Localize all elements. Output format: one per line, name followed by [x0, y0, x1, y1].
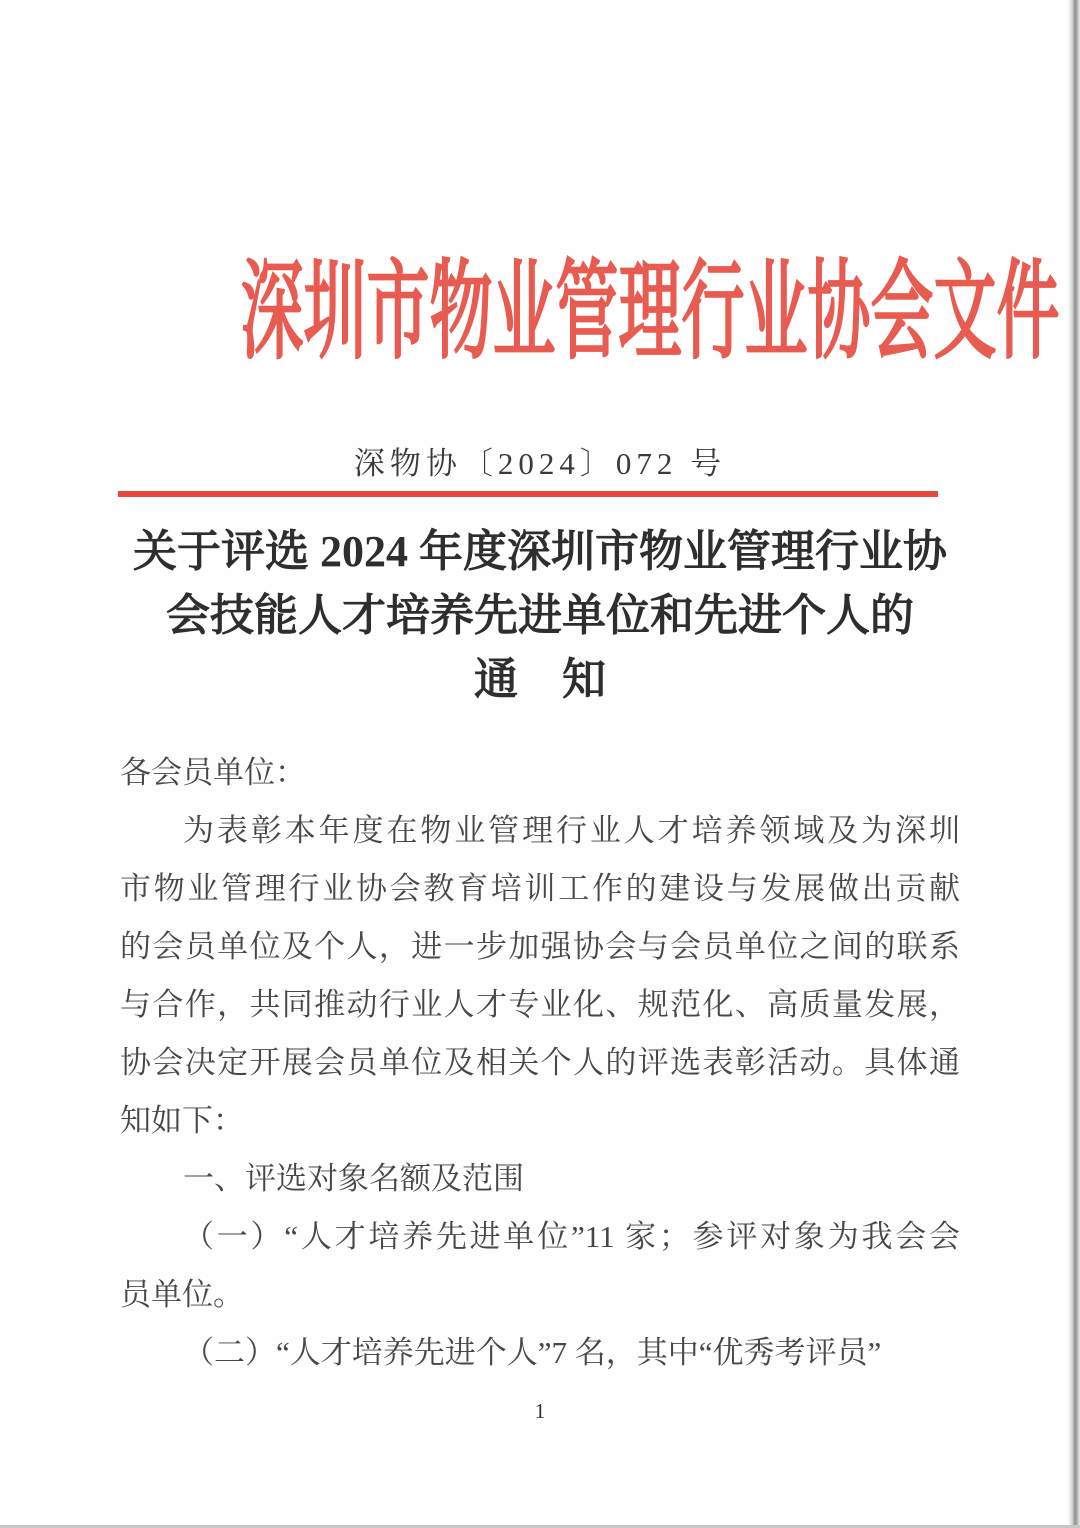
body-line-salutation: 各会员单位：: [120, 744, 960, 802]
document-title-line-2: 会技能人才培养先进单位和先进个人的: [70, 584, 1010, 648]
body-line: 与合作，共同推动行业人才专业化、规范化、高质量发展，: [120, 976, 960, 1034]
document-title: 关于评选 2024 年度深圳市物业管理行业协 会技能人才培养先进单位和先进个人的…: [70, 520, 1010, 712]
body-line: 知如下：: [120, 1092, 960, 1150]
scan-edge-right: [1068, 0, 1080, 1528]
body-line: 的会员单位及个人，进一步加强协会与会员单位之间的联系: [120, 918, 960, 976]
document-body: 各会员单位： 为表彰本年度在物业管理行业人才培养领域及为深圳 市物业管理行业协会…: [120, 744, 960, 1382]
page-number: 1: [0, 1399, 1080, 1424]
letterhead: 深圳市物业管理行业协会文件: [0, 248, 1080, 378]
body-line: （二）“人才培养先进个人”7 名，其中“优秀考评员”: [120, 1324, 960, 1382]
document-title-line-1: 关于评选 2024 年度深圳市物业管理行业协: [70, 520, 1010, 584]
body-line: 协会决定开展会员单位及相关个人的评选表彰活动。具体通: [120, 1034, 960, 1092]
red-divider-rule: [118, 491, 938, 497]
document-page: 深圳市物业管理行业协会文件 深物协〔2024〕072 号 关于评选 2024 年…: [0, 0, 1080, 1528]
body-line: 员单位。: [120, 1266, 960, 1324]
letterhead-title: 深圳市物业管理行业协会文件: [241, 243, 1060, 383]
body-line: 为表彰本年度在物业管理行业人才培养领域及为深圳: [120, 802, 960, 860]
document-title-line-3: 通 知: [70, 648, 1010, 712]
body-line: （一）“人才培养先进单位”11 家；参评对象为我会会: [120, 1208, 960, 1266]
body-line-section-heading: 一、评选对象名额及范围: [120, 1150, 960, 1208]
body-line: 市物业管理行业协会教育培训工作的建设与发展做出贡献: [120, 860, 960, 918]
document-number: 深物协〔2024〕072 号: [0, 438, 1080, 483]
